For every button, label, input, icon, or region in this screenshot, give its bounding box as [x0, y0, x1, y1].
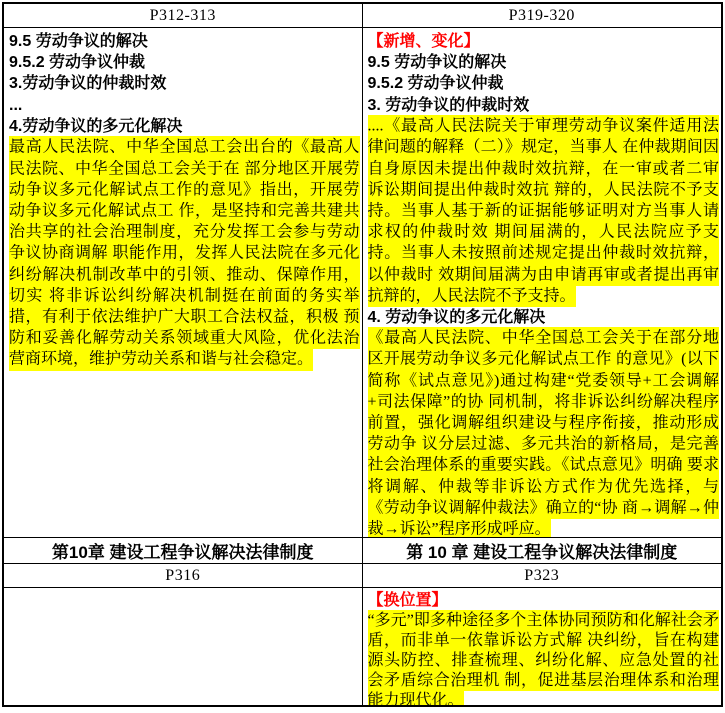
page-ref-right-section2: P323	[363, 564, 722, 588]
comparison-table: P312-313 P319-320 9.5 劳动争议的解决 9.5.2 劳动争议…	[2, 2, 723, 707]
page-ref-left-section1: P312-313	[4, 4, 363, 28]
section2-left-cell	[4, 588, 363, 705]
highlighted-text: 最高人民法院、中华全国总工会出台的《最高人民法院、中华全国总工会关于在 部分地区…	[9, 136, 360, 370]
heading-9-5: 9.5 劳动争议的解决	[368, 52, 720, 73]
chapter-title-right: 第 10 章 建设工程争议解决法律制度	[363, 538, 722, 564]
heading-9-5: 9.5 劳动争议的解决	[9, 31, 360, 52]
change-tag-new: 【新增、变化】	[368, 31, 720, 52]
left-paragraph: 最高人民法院、中华全国总工会出台的《最高人民法院、中华全国总工会关于在 部分地区…	[9, 137, 360, 370]
section1-left-cell: 9.5 劳动争议的解决 9.5.2 劳动争议仲裁 3.劳动争议的仲裁时效 ...…	[4, 28, 363, 538]
chapter-title-left: 第10章 建设工程争议解决法律制度	[4, 538, 363, 564]
page-ref-right-section1: P319-320	[363, 4, 722, 28]
section2-right-cell: 【换位置】 “多元”即多种途径多个主体协同预防和化解社会矛盾，而非单一依靠诉讼方…	[363, 588, 722, 705]
page-ref-left-section2: P316	[4, 564, 363, 588]
section1-right-cell: 【新增、变化】 9.5 劳动争议的解决 9.5.2 劳动争议仲裁 3. 劳动争议…	[363, 28, 722, 538]
heading-3: 3.劳动争议的仲裁时效	[9, 73, 360, 94]
heading-4: 4.劳动争议的多元化解决	[9, 116, 360, 137]
ellipsis-line: ...	[9, 95, 360, 116]
right-paragraph-1: ....《最高人民法院关于审理劳动争议案件适用法律问题的解释（二）》规定，当事人…	[368, 116, 720, 307]
highlighted-text: 《最高人民法院、中华全国总工会关于在部分地区开展劳动争议多元化解试点工作 的意见…	[368, 327, 720, 538]
right-paragraph-2: 《最高人民法院、中华全国总工会关于在部分地区开展劳动争议多元化解试点工作 的意见…	[368, 328, 720, 538]
heading-3: 3. 劳动争议的仲裁时效	[368, 95, 720, 116]
right-bottom-paragraph: “多元”即多种途径多个主体协同预防和化解社会矛盾，而非单一依靠诉讼方式解 决纠纷…	[368, 611, 720, 705]
heading-9-5-2: 9.5.2 劳动争议仲裁	[9, 52, 360, 73]
heading-4: 4. 劳动争议的多元化解决	[368, 307, 720, 328]
highlighted-text: ....《最高人民法院关于审理劳动争议案件适用法律问题的解释（二）》规定，当事人…	[368, 115, 720, 307]
highlighted-text: “多元”即多种途径多个主体协同预防和化解社会矛盾，而非单一依靠诉讼方式解 决纠纷…	[368, 610, 720, 705]
change-tag-moved: 【换位置】	[368, 591, 720, 611]
heading-9-5-2: 9.5.2 劳动争议仲裁	[368, 73, 720, 94]
